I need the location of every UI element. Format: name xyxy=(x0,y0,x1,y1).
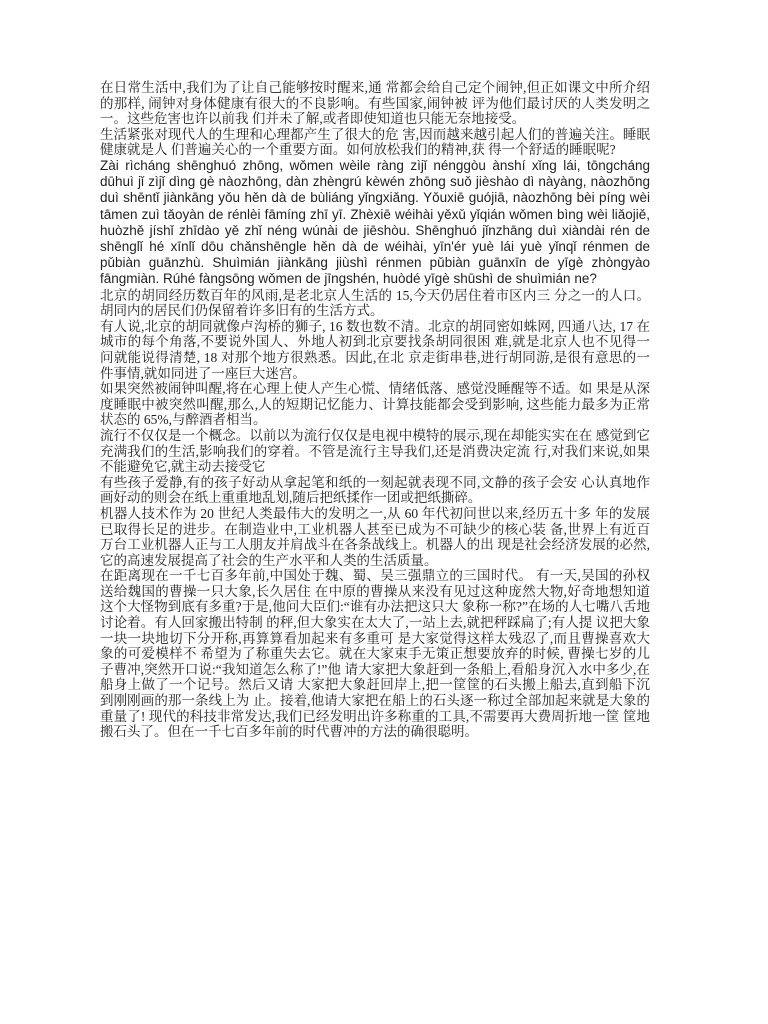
paragraph-beijing-hutong-intro: 北京的胡同经历数百年的风雨,是老北京人生活的 15,今天仍居住着市区内三 分之一… xyxy=(100,288,650,319)
paragraph-sleep-health: 生活紧张对现代人的生理和心理都产生了很大的危 害,因而越来越引起人们的普遍关注。… xyxy=(100,127,650,158)
paragraph-fashion-concept: 流行不仅仅是一个概念。以前以为流行仅仅是电视中模特的展示,现在却能实实在在 感觉… xyxy=(100,428,650,475)
paragraph-alarm-intro: 在日常生活中,我们为了让自己能够按时醒来,通 常都会给自己定个闹钟,但正如课文中… xyxy=(100,80,650,127)
paragraph-alarm-waking-effect: 如果突然被闹钟叫醒,将在心理上使人产生心慌、情绪低落、感觉没睡醒等不适。如 果是… xyxy=(100,381,650,428)
paragraph-beijing-hutong-lions: 有人说,北京的胡同就像卢沟桥的狮子, 16 数也数不清。北京的胡同密如蛛网, 四… xyxy=(100,319,650,381)
paragraph-robot-technology: 机器人技术作为 20 世纪人类最伟大的发明之一,从 60 年代初问世以来,经历五… xyxy=(100,506,650,568)
paragraph-caochong-elephant-story: 在距离现在一千七百多年前,中国处于魏、蜀、吴三强鼎立的三国时代。 有一天,吴国的… xyxy=(100,568,650,740)
paragraph-alarm-intro-pinyin: Zài rìcháng shēnghuó zhōng, wǒmen wèile … xyxy=(100,158,650,288)
document-page: 在日常生活中,我们为了让自己能够按时醒来,通 常都会给自己定个闹钟,但正如课文中… xyxy=(0,0,768,1024)
document-text-block: 在日常生活中,我们为了让自己能够按时醒来,通 常都会给自己定个闹钟,但正如课文中… xyxy=(100,80,650,740)
paragraph-children-temperament: 有些孩子爱静,有的孩子好动从拿起笔和纸的一刻起就表现不同,文静的孩子会安 心认真… xyxy=(100,475,650,506)
